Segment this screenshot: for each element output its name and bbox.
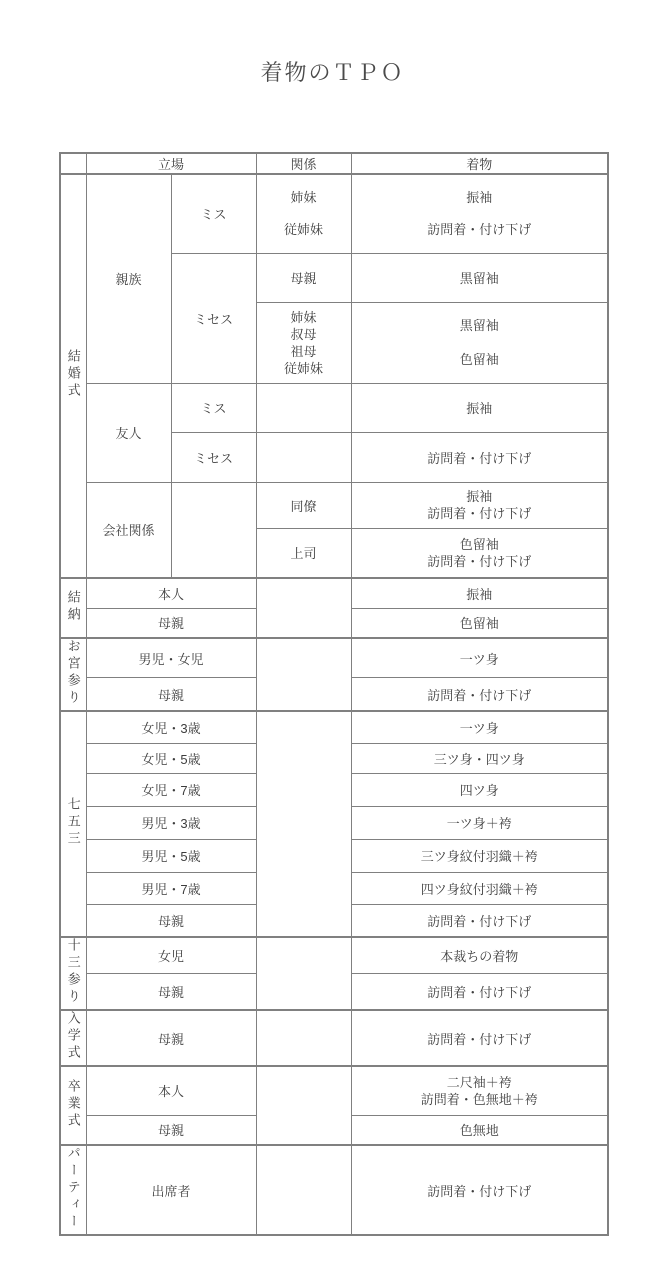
table-row: 七五三 女児・3歳 一ツ身 — [60, 711, 608, 743]
table-row: 結納 本人 振袖 — [60, 578, 608, 608]
kimono-cell: 色留袖 — [351, 608, 608, 638]
relation-cell-empty — [256, 578, 351, 638]
kimono-line: 振袖 — [352, 488, 608, 505]
table-row: お宮参り 男児・女児 一ツ身 — [60, 638, 608, 678]
table-row: 結婚式 親族 ミス 姉妹 従姉妹 振袖 訪問着・付け下げ — [60, 174, 608, 253]
person-cell: 女児 — [86, 937, 256, 974]
person-cell: 母親 — [86, 678, 256, 711]
category-cell-nyugakushiki: 入学式 — [60, 1010, 86, 1066]
category-cell-sotsugyoshiki: 卒業式 — [60, 1066, 86, 1145]
person-cell: 母親 — [86, 974, 256, 1011]
status-cell: ミス — [171, 174, 256, 253]
kimono-cell: 本裁ちの着物 — [351, 937, 608, 974]
relation-cell: 姉妹 叔母 祖母 従姉妹 — [256, 302, 351, 383]
group-cell: 親族 — [86, 174, 171, 383]
relation-cell-empty — [256, 432, 351, 482]
kimono-cell: 一ツ身 — [351, 638, 608, 678]
category-cell-jusanmairi: 十三参り — [60, 937, 86, 1010]
category-label: 結婚式 — [67, 349, 80, 400]
kimono-cell: 一ツ身＋袴 — [351, 806, 608, 839]
category-label: 十三参り — [67, 938, 80, 1006]
header-kimono: 着物 — [351, 153, 608, 174]
person-cell: 本人 — [86, 578, 256, 608]
kimono-line: 黒留袖 — [352, 318, 608, 334]
kimono-cell: 訪問着・付け下げ — [351, 904, 608, 937]
relation-line: 姉妹 — [257, 190, 351, 206]
person-cell: 出席者 — [86, 1145, 256, 1235]
status-cell: ミセス — [171, 253, 256, 383]
category-label: パーティー — [67, 1146, 80, 1231]
person-cell: 母親 — [86, 1010, 256, 1066]
relation-cell-empty — [256, 1066, 351, 1145]
category-cell-yuino: 結納 — [60, 578, 86, 638]
status-cell-empty — [171, 482, 256, 578]
kimono-cell: 訪問着・付け下げ — [351, 1145, 608, 1235]
kimono-line: 訪問着・付け下げ — [352, 553, 608, 570]
relation-line: 従姉妹 — [257, 360, 351, 377]
relation-cell-empty — [256, 1145, 351, 1235]
category-cell-kekkonshiki: 結婚式 — [60, 174, 86, 578]
relation-line: 姉妹 — [257, 309, 351, 326]
status-cell: ミス — [171, 383, 256, 432]
category-label: 入学式 — [67, 1011, 80, 1062]
kimono-cell: 訪問着・付け下げ — [351, 678, 608, 711]
table-row: 会社関係 同僚 振袖 訪問着・付け下げ — [60, 482, 608, 528]
kimono-cell: 振袖 訪問着・付け下げ — [351, 482, 608, 528]
kimono-line: 訪問着・色無地＋袴 — [352, 1091, 608, 1108]
category-cell-party: パーティー — [60, 1145, 86, 1235]
kimono-line: 色留袖 — [352, 536, 608, 553]
table-row: 入学式 母親 訪問着・付け下げ — [60, 1010, 608, 1066]
category-cell-shichigosan: 七五三 — [60, 711, 86, 937]
person-cell: 男児・5歳 — [86, 839, 256, 872]
status-cell: ミセス — [171, 432, 256, 482]
category-label: お宮参り — [67, 639, 80, 707]
category-label: 結納 — [67, 590, 80, 624]
person-cell: 男児・7歳 — [86, 872, 256, 904]
header-row: 立場 関係 着物 — [60, 153, 608, 174]
person-cell: 母親 — [86, 1115, 256, 1145]
kimono-cell: 訪問着・付け下げ — [351, 432, 608, 482]
category-cell-omiyamairi: お宮参り — [60, 638, 86, 711]
kimono-cell: 色無地 — [351, 1115, 608, 1145]
kimono-line: 振袖 — [352, 190, 608, 206]
relation-line: 祖母 — [257, 343, 351, 360]
relation-cell-empty — [256, 383, 351, 432]
kimono-cell: 四ツ身紋付羽織＋袴 — [351, 872, 608, 904]
group-cell: 友人 — [86, 383, 171, 482]
person-cell: 母親 — [86, 904, 256, 937]
kimono-cell: 四ツ身 — [351, 773, 608, 806]
relation-line: 叔母 — [257, 326, 351, 343]
relation-cell-empty — [256, 1010, 351, 1066]
table-row: 卒業式 本人 二尺袖＋袴 訪問着・色無地＋袴 — [60, 1066, 608, 1115]
kimono-cell: 振袖 — [351, 383, 608, 432]
person-cell: 女児・3歳 — [86, 711, 256, 743]
kimono-cell: 黒留袖 色留袖 — [351, 302, 608, 383]
relation-cell-empty — [256, 711, 351, 937]
kimono-cell: 訪問着・付け下げ — [351, 1010, 608, 1066]
kimono-cell: 一ツ身 — [351, 711, 608, 743]
relation-cell: 上司 — [256, 528, 351, 578]
relation-cell: 姉妹 従姉妹 — [256, 174, 351, 253]
kimono-cell: 振袖 — [351, 578, 608, 608]
header-kankei: 関係 — [256, 153, 351, 174]
person-cell: 母親 — [86, 608, 256, 638]
kimono-line: 訪問着・付け下げ — [352, 222, 608, 238]
table-row: 友人 ミス 振袖 — [60, 383, 608, 432]
person-cell: 男児・女児 — [86, 638, 256, 678]
group-cell: 会社関係 — [86, 482, 171, 578]
person-cell: 女児・7歳 — [86, 773, 256, 806]
person-cell: 男児・3歳 — [86, 806, 256, 839]
header-tachiba: 立場 — [86, 153, 256, 174]
kimono-tpo-table: 立場 関係 着物 結婚式 親族 ミス 姉妹 従姉妹 振袖 訪問着・付け下げ ミセ… — [59, 152, 609, 1236]
kimono-cell: 黒留袖 — [351, 253, 608, 302]
table-row: 十三参り 女児 本裁ちの着物 — [60, 937, 608, 974]
relation-cell: 同僚 — [256, 482, 351, 528]
page-title: 着物のＴＰＯ — [0, 56, 665, 87]
table-row: パーティー 出席者 訪問着・付け下げ — [60, 1145, 608, 1235]
kimono-line: 訪問着・付け下げ — [352, 505, 608, 522]
kimono-line: 二尺袖＋袴 — [352, 1074, 608, 1091]
relation-cell-empty — [256, 638, 351, 711]
person-cell: 女児・5歳 — [86, 743, 256, 773]
kimono-cell: 訪問着・付け下げ — [351, 974, 608, 1011]
relation-cell-empty — [256, 937, 351, 1010]
category-label: 七五三 — [67, 797, 80, 848]
kimono-cell: 二尺袖＋袴 訪問着・色無地＋袴 — [351, 1066, 608, 1115]
kimono-line: 色留袖 — [352, 352, 608, 368]
header-category — [60, 153, 86, 174]
kimono-cell: 三ツ身・四ツ身 — [351, 743, 608, 773]
person-cell: 本人 — [86, 1066, 256, 1115]
kimono-cell: 色留袖 訪問着・付け下げ — [351, 528, 608, 578]
kimono-cell: 三ツ身紋付羽織＋袴 — [351, 839, 608, 872]
category-label: 卒業式 — [67, 1079, 80, 1130]
kimono-cell: 振袖 訪問着・付け下げ — [351, 174, 608, 253]
relation-cell: 母親 — [256, 253, 351, 302]
relation-line: 従姉妹 — [257, 222, 351, 238]
